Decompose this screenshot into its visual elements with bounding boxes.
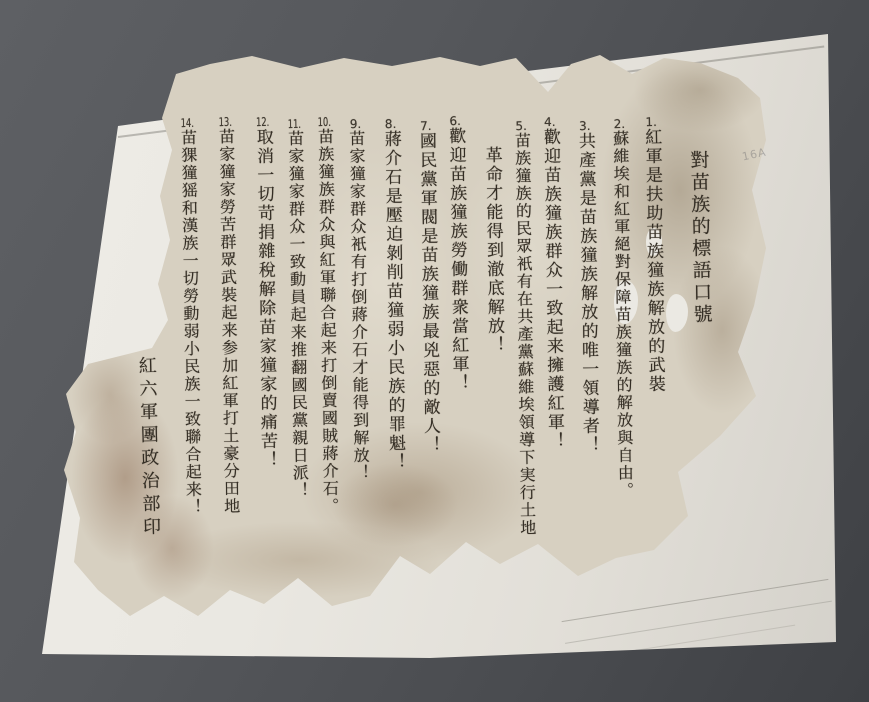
- item-text: 苗家獞家群众衹有打倒蔣介石才能得到解放！: [347, 130, 371, 482]
- slogan-item-5: 5.苗族獞族的民眾衹有在共產黨蘇維埃領導下実行土地: [509, 120, 539, 537]
- slogan-item-10: 10.苗族獞族群众與紅軍聯合起来打倒賣國賊蔣介石。: [312, 116, 342, 515]
- item-text: 取消一切苛捐雜稅解除苗家獞家的痛苦！: [253, 128, 278, 470]
- item-number: 11.: [287, 118, 301, 130]
- slogan-item-11: 11.苗家獞家群众一致動員起来推翻國民黨親日派！: [282, 118, 311, 500]
- item-number: 8.: [384, 118, 398, 130]
- photo-backdrop: 對苗族的標語口號 1.紅軍是扶助苗族獞族解放的武裝 2.蘇維埃和紅軍絕對保障苗族…: [0, 0, 869, 702]
- item-text: 歡迎苗族獞族勞働群衆當紅軍！: [445, 127, 469, 393]
- slogan-item-5-continuation: 革命才能得到澈底解放！: [480, 146, 507, 355]
- document-title: 對苗族的標語口號: [686, 150, 714, 326]
- slogan-item-6: 6.歡迎苗族獞族勞働群衆當紅軍！: [443, 115, 471, 393]
- item-number: 6.: [448, 115, 462, 127]
- item-number: 12.: [256, 116, 270, 128]
- slogan-item-2: 2.蘇維埃和紅軍絕對保障苗族獞族的解放與自由。: [607, 118, 636, 500]
- item-text: 苗家獞家群众一致動員起来推翻國民黨親日派！: [286, 130, 310, 500]
- item-number: 1.: [644, 116, 658, 128]
- item-text: 苗家獞家勞苦群眾武裝起来参加紅軍打土豪分田地: [216, 128, 240, 515]
- item-number: 3.: [578, 120, 592, 132]
- slogan-item-12: 12.取消一切苛捐雜稅解除苗家獞家的痛苦！: [251, 116, 280, 470]
- item-number: 9.: [348, 118, 362, 130]
- item-text: 苗族獞族的民眾衹有在共產黨蘇維埃領導下実行土地: [512, 132, 537, 537]
- document-text: 對苗族的標語口號 1.紅軍是扶助苗族獞族解放的武裝 2.蘇維埃和紅軍絕對保障苗族…: [0, 0, 869, 702]
- item-text: 紅軍是扶助苗族獞族解放的武裝: [641, 128, 665, 394]
- item-text: 國民黨軍閥是苗族獞族最兇惡的敵人！: [416, 132, 441, 455]
- item-number: 14.: [180, 117, 194, 129]
- item-text: 苗猓獞猺和漢族一切勞動弱小民族一致聯合起来！: [178, 129, 202, 516]
- slogan-item-7: 7.國民黨軍閥是苗族獞族最兇惡的敵人！: [414, 120, 443, 455]
- slogan-item-3: 3.共產黨是苗族獞族解放的唯一領導者！: [573, 120, 602, 455]
- slogan-item-9: 9.苗家獞家群众衹有打倒蔣介石才能得到解放！: [343, 118, 372, 482]
- item-number: 10.: [317, 116, 331, 128]
- faint-pencil-mark: 16A: [741, 146, 768, 164]
- slogan-item-13: 13.苗家獞家勞苦群眾武裝起来参加紅軍打土豪分田地: [213, 116, 243, 515]
- item-number: 4.: [543, 116, 557, 128]
- slogan-item-4: 4.歡迎苗族獞族群众一致起来擁護紅軍！: [538, 116, 567, 451]
- item-number: 13.: [218, 116, 232, 128]
- item-number: 7.: [419, 120, 433, 132]
- item-number: 2.: [612, 118, 626, 130]
- item-text: 蘇維埃和紅軍絕對保障苗族獞族的解放與自由。: [611, 130, 635, 500]
- slogan-item-1: 1.紅軍是扶助苗族獞族解放的武裝: [639, 116, 667, 394]
- slogan-item-14: 14.苗猓獞猺和漢族一切勞動弱小民族一致聯合起来！: [175, 117, 205, 516]
- item-text: 共產黨是苗族獞族解放的唯一領導者！: [575, 132, 600, 455]
- item-text: 歡迎苗族獞族群众一致起来擁護紅軍！: [540, 128, 565, 451]
- item-text: 蔣介石是壓迫剝削苗獞弱小民族的罪魁！: [381, 130, 406, 472]
- signature-stamp: 紅六軍團政治部印: [134, 356, 163, 541]
- item-number: 5.: [514, 120, 528, 132]
- item-text: 苗族獞族群众與紅軍聯合起来打倒賣國賊蔣介石。: [315, 128, 339, 515]
- slogan-item-8: 8.蔣介石是壓迫剝削苗獞弱小民族的罪魁！: [379, 118, 408, 472]
